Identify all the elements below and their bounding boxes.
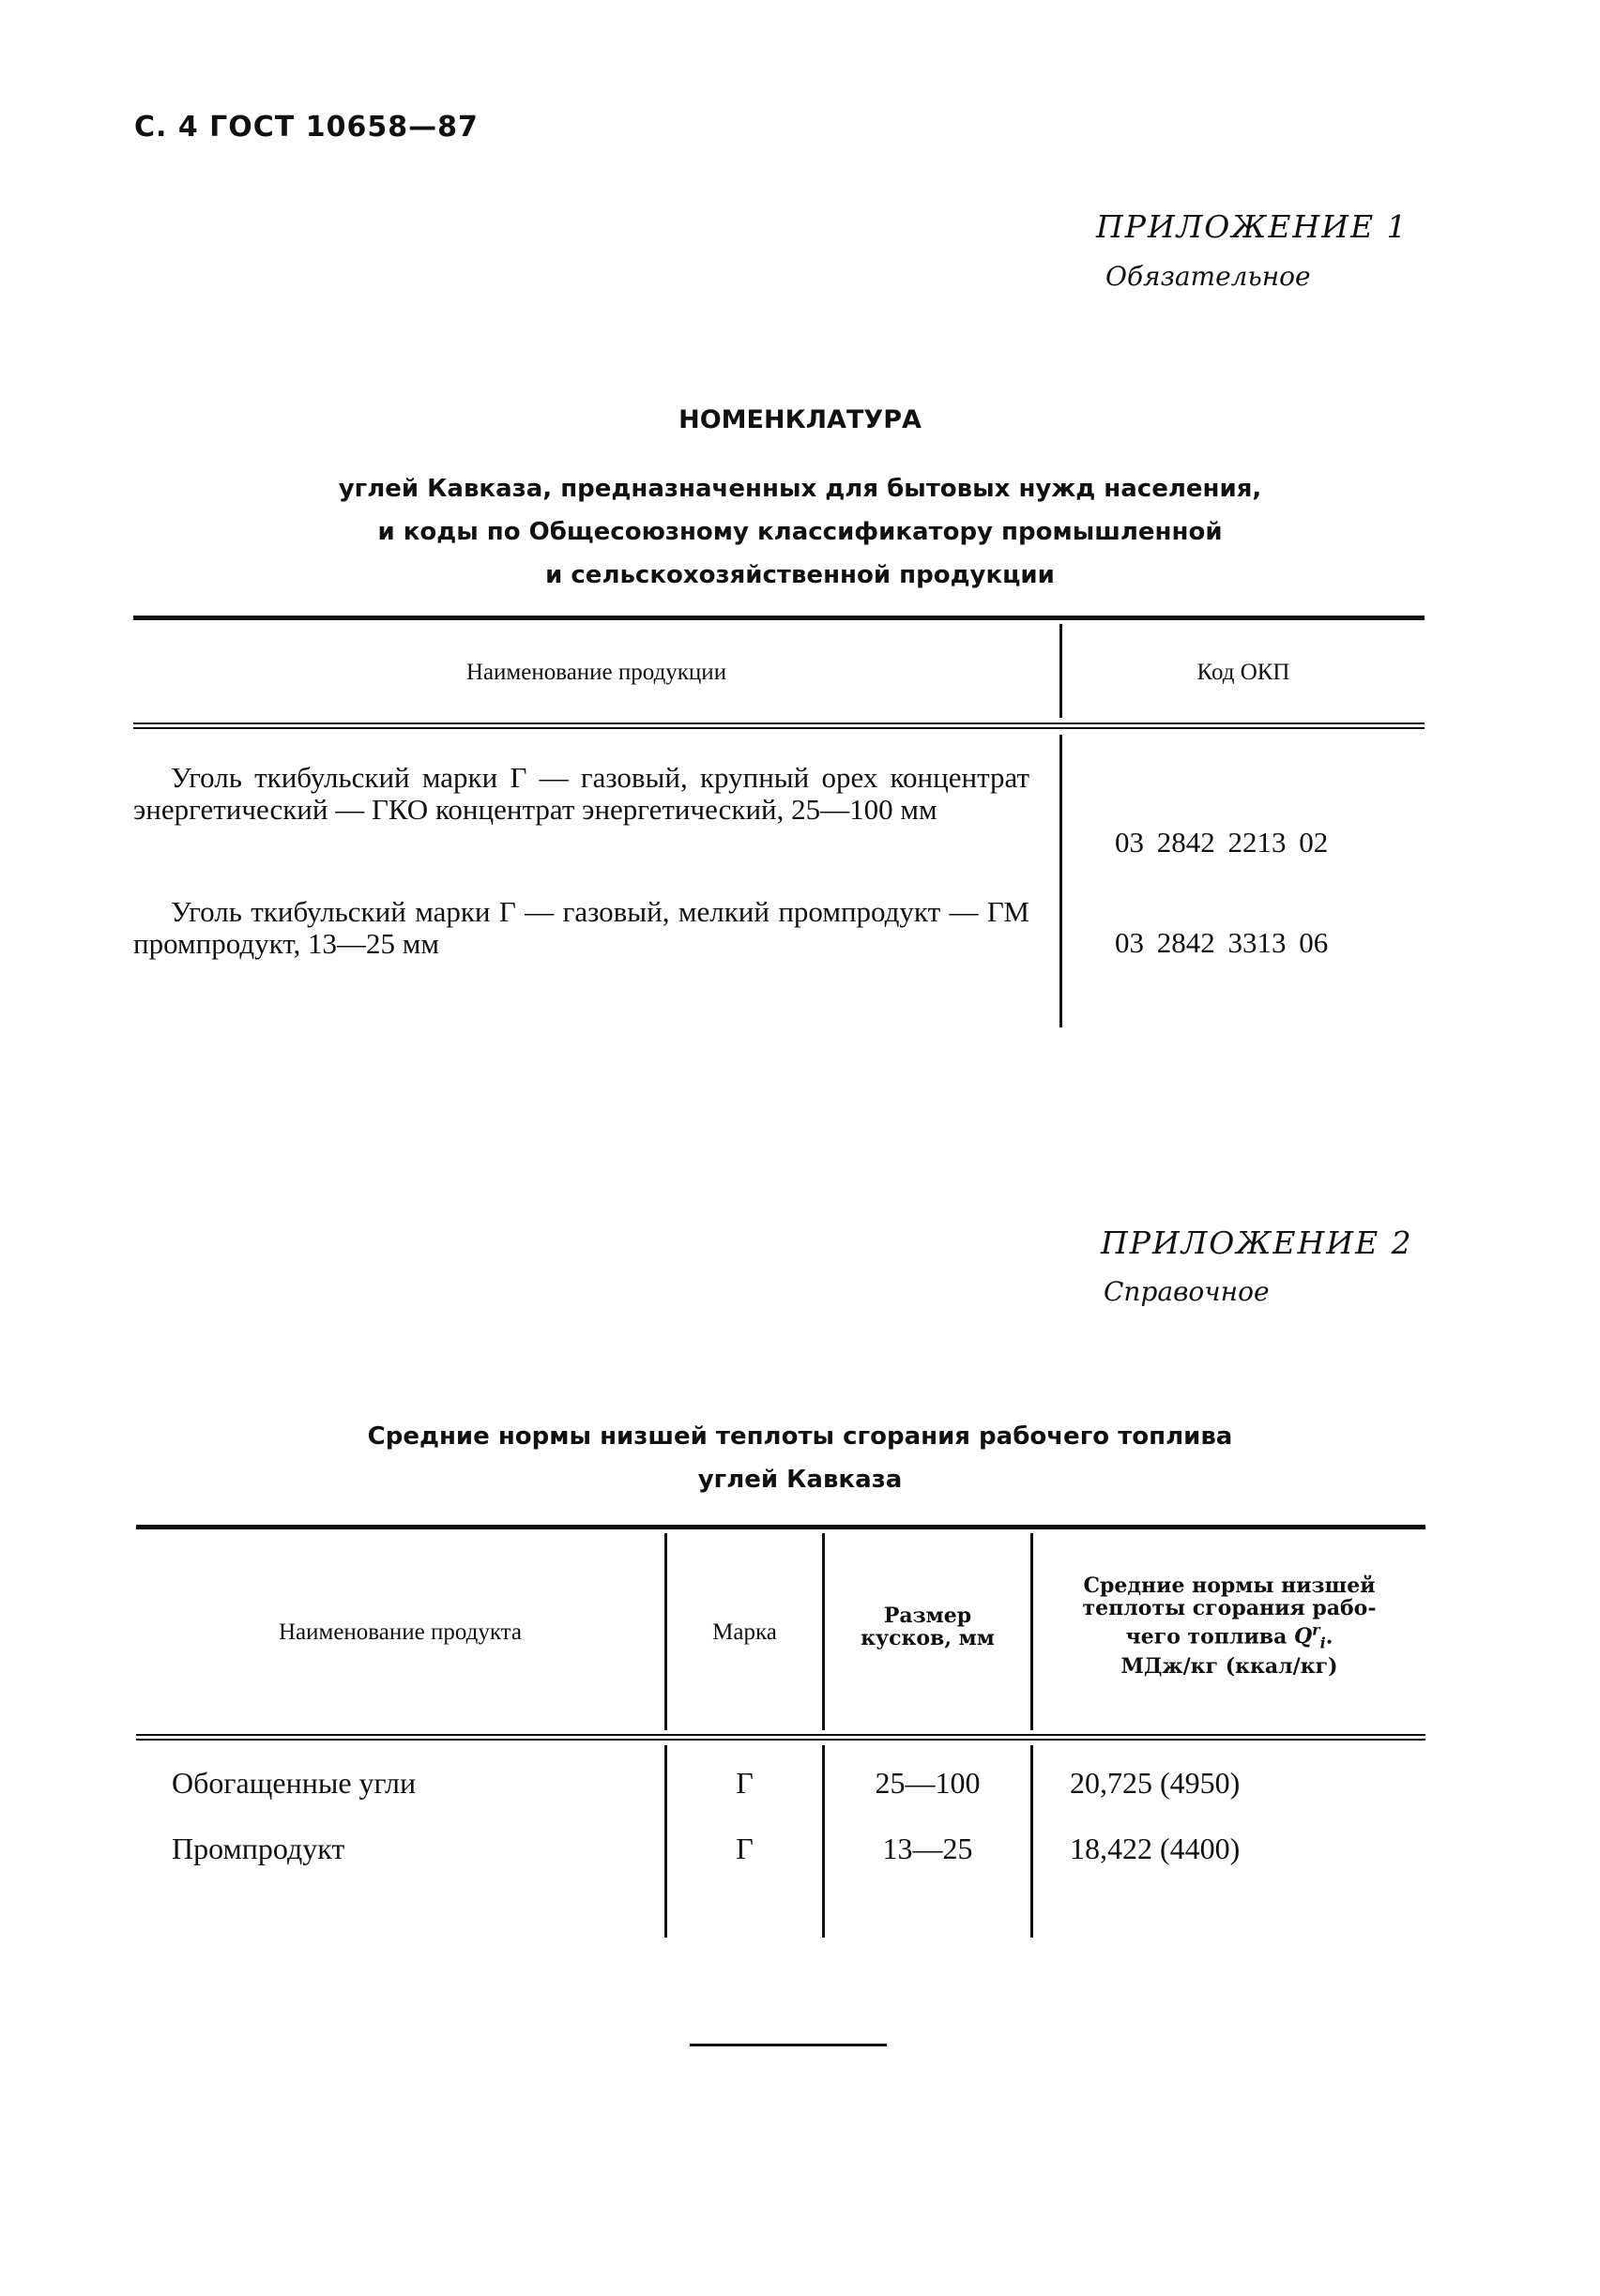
- header-rule-2: [136, 1739, 1425, 1741]
- header-rule-2: [133, 727, 1425, 729]
- header-rule: [133, 722, 1425, 724]
- header-line: Размер: [825, 1604, 1030, 1627]
- table-row-2-name: Уголь ткибульский марки Г — газовый, мел…: [133, 896, 1029, 960]
- column-divider: [1030, 1745, 1033, 1938]
- table-top-rule: [133, 616, 1425, 620]
- table-row-2-heat: 18,422 (4400): [1070, 1832, 1240, 1866]
- table-row-1-code: 03 2842 2213 02: [1115, 826, 1328, 859]
- column-header-product-name: Наименование продукции: [133, 660, 1059, 686]
- column-header-heat-value: Средние нормы низшей теплоты сгорания ра…: [1033, 1574, 1425, 1678]
- heading-line: углей Кавказа: [0, 1458, 1600, 1501]
- header-line: Средние нормы низшей: [1033, 1574, 1425, 1597]
- table-row-2-name: Промпродукт: [172, 1832, 344, 1866]
- header-rule: [136, 1734, 1425, 1736]
- column-header-okp-code: Код ОКП: [1062, 660, 1425, 686]
- appendix-1-title: ПРИЛОЖЕНИЕ 1: [1096, 208, 1409, 245]
- q-symbol: Qri: [1294, 1624, 1326, 1649]
- table-row-1-grade: Г: [667, 1766, 822, 1801]
- header-line: кусков, мм: [825, 1627, 1030, 1650]
- appendix-1-type: Обязательное: [1105, 261, 1311, 292]
- column-header-product: Наименование продукта: [136, 1620, 664, 1645]
- table-row-1-name: Обогащенные угли: [172, 1766, 416, 1801]
- subheading-line: и сельскохозяйственной продукции: [0, 554, 1600, 597]
- header-line: теплоты сгорания рабо-: [1033, 1597, 1425, 1619]
- nomenclature-heading: НОМЕНКЛАТУРА: [0, 405, 1600, 434]
- header-line: чего топлива Qri.: [1033, 1619, 1425, 1655]
- page-header: С. 4 ГОСТ 10658—87: [134, 111, 479, 144]
- heat-norms-heading: Средние нормы низшей теплоты сгорания ра…: [0, 1415, 1600, 1501]
- column-divider: [1059, 735, 1062, 1027]
- table-top-rule: [136, 1525, 1425, 1529]
- header-line: МДж/кг (ккал/кг): [1033, 1655, 1425, 1678]
- nomenclature-subheading: углей Кавказа, предназначенных для бытов…: [0, 467, 1600, 597]
- table-row-2-code: 03 2842 3313 06: [1115, 926, 1328, 960]
- table-row-2-size: 13—25: [825, 1832, 1030, 1866]
- table-row-1-heat: 20,725 (4950): [1070, 1766, 1240, 1801]
- table-row-1-name: Уголь ткибульский марки Г — газовый, кру…: [133, 762, 1029, 826]
- subheading-line: и коды по Общесоюзному классификатору пр…: [0, 510, 1600, 554]
- table-row-2-grade: Г: [667, 1832, 822, 1866]
- heading-line: Средние нормы низшей теплоты сгорания ра…: [0, 1415, 1600, 1458]
- column-header-size: Размер кусков, мм: [825, 1604, 1030, 1650]
- appendix-2-title: ПРИЛОЖЕНИЕ 2: [1101, 1224, 1413, 1261]
- column-header-grade: Марка: [667, 1621, 822, 1644]
- subheading-line: углей Кавказа, предназначенных для бытов…: [0, 467, 1600, 510]
- appendix-2-type: Справочное: [1104, 1276, 1270, 1307]
- table-row-1-size: 25—100: [825, 1766, 1030, 1801]
- end-rule: [690, 2044, 887, 2046]
